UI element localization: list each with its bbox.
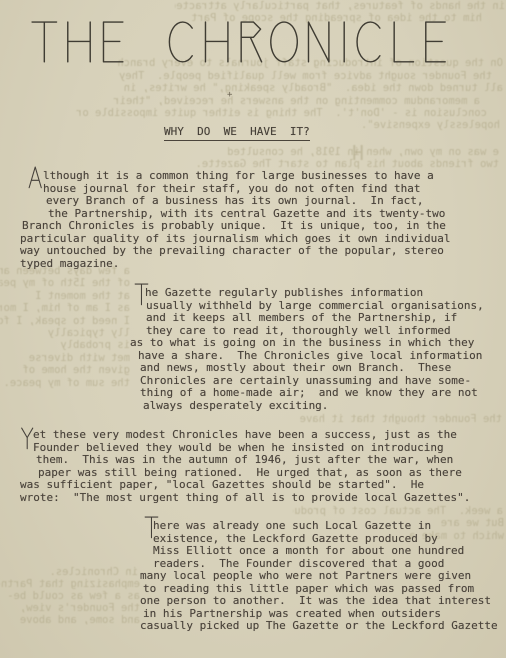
typed-line: existence, the Leckford Gazette produced… [153, 533, 438, 545]
typed-line: paper was still being rationed. He urged… [38, 467, 462, 479]
bleedthrough-text-line: hopelessly expensive". [352, 119, 500, 131]
bleedthrough-text-line: and some, and above [0, 614, 140, 626]
bleedthrough-text-line: as a few as could be- [0, 590, 140, 602]
typed-line: and news, mostly about their own Branch.… [140, 362, 451, 374]
bleedthrough-text-line: of the 15th of my peace had be [0, 277, 130, 289]
bleedthrough-text-line: the Founder's view, [0, 602, 140, 614]
ink-speck: + [227, 90, 232, 100]
typed-line: Founder believed they would be when he i… [33, 442, 444, 454]
drop-cap [27, 166, 42, 193]
typed-line: readers. The Founder discovered that a g… [153, 558, 444, 570]
typed-line: and it keeps all members of the Partners… [146, 312, 457, 324]
bleedthrough-text-line: all turned down the idea. "Broadly speak… [15, 82, 503, 94]
bleedthrough-text-line: the sum of my peace. [0, 377, 130, 389]
bleedthrough-text-line: in the hands of features, that particula… [175, 0, 505, 12]
typed-line: one person to another. It was the idea t… [140, 595, 491, 607]
bleedthrough-text-line: given the home of [0, 364, 130, 376]
bleedthrough-text-line: in Chronicles. [0, 566, 138, 578]
typed-line: Miss Elliott once a month for about one … [153, 545, 464, 557]
typed-line: them. This was in the autumn of 1946, ju… [36, 454, 453, 466]
bleedthrough-text-line: lly typically [0, 327, 130, 339]
bleedthrough-text-line: as I am of him, I more [0, 302, 130, 314]
typed-line: many local people who were not Partners … [140, 570, 471, 582]
typed-line: lthough it is a common thing for large b… [43, 170, 434, 182]
bleedthrough-text-line: the Founder sought advice from well qual… [30, 70, 492, 82]
bleedthrough-text-line: a memorandum commenting on the answers h… [28, 95, 480, 107]
typed-line: usually withheld by large commercial org… [146, 300, 484, 312]
bleedthrough-text-line: I need to speak, I found [0, 315, 130, 327]
typed-line: Chronicles are certainly unassuming and … [140, 375, 471, 387]
typed-line: casually picked up The Gazette or the Le… [140, 620, 498, 632]
typed-line: et these very modest Chronicles have bee… [33, 429, 457, 441]
typed-line: as to what is going on in the business i… [130, 337, 474, 349]
typed-line: was sufficient paper, "local Gazettes sh… [20, 479, 424, 491]
page-title [28, 20, 453, 68]
typed-line: thing of a home-made air; and we know th… [140, 387, 478, 399]
bleedthrough-text-line: is probably [0, 339, 130, 351]
bleedthrough-text-line: the Founder thought that it have [290, 413, 502, 425]
typed-line: here was already one such Local Gazette … [153, 520, 431, 532]
bleedthrough-initial: H [352, 141, 364, 165]
typed-line: wrote: "The most urgent thing of all is … [20, 492, 470, 504]
bleedthrough-text-line: conclusion is - 'Don't'. The thing is ei… [15, 107, 487, 119]
bleedthrough-text-line: a week. The actual cost of producing a C… [293, 505, 503, 517]
typed-line: they care to read it, thoroughly well in… [146, 325, 451, 337]
bleedthrough-text-line: at the moment I [0, 290, 130, 302]
typed-line: he Gazette regularly publishes informati… [145, 287, 423, 299]
bleedthrough-text-line: But we are [420, 517, 504, 529]
bleedthrough-text-line: met with diverse [0, 352, 130, 364]
bleedthrough-text-line: emphasizing that Partners [0, 578, 140, 590]
typed-line: in his Partnership was created when outs… [143, 608, 441, 620]
typed-line: have a share. The Chronicles give local … [138, 350, 482, 362]
typed-line: always desperately exciting. [143, 400, 328, 412]
typed-line: typed magazine. [20, 258, 119, 270]
scanned-document-page: in the hands of features, that particula… [0, 0, 506, 658]
typed-line: to reading this little paper which was p… [143, 583, 474, 595]
bleedthrough-text-line: e was on my own, when in 1918, he consul… [95, 146, 499, 158]
typed-line: way untouched by the prevailing characte… [20, 245, 444, 257]
typed-line: Branch Chronicles is probably unique. It… [22, 220, 446, 232]
section-heading: WHY DO WE HAVE IT? [164, 126, 310, 141]
typed-line: every Branch of a business has its own j… [46, 195, 424, 207]
